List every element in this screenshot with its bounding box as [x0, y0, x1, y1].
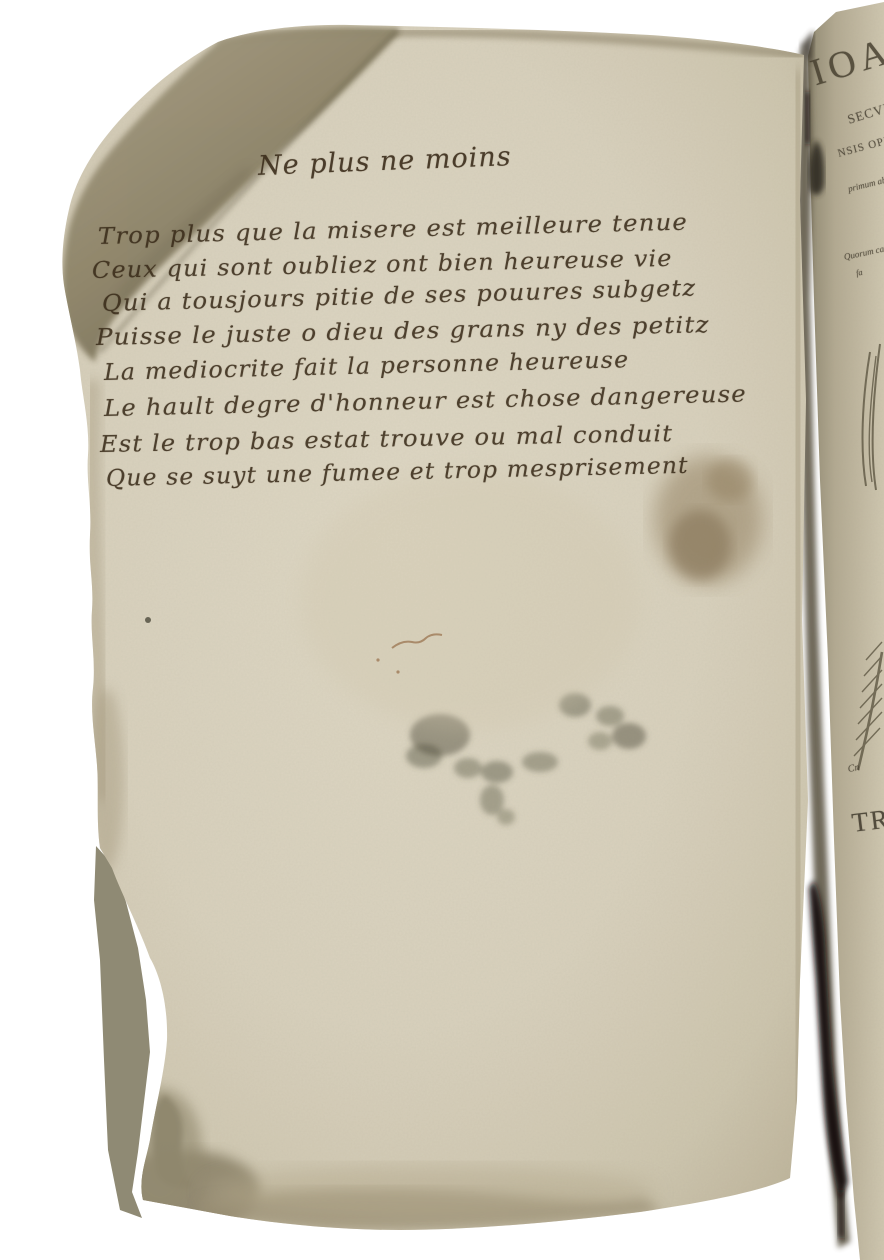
gutter-side-shading	[796, 70, 800, 1170]
paper-tone-variation	[300, 470, 640, 730]
ink-speck	[145, 617, 151, 623]
brown-smudge-stain	[654, 456, 762, 584]
photo-canvas: Ne plus ne moins Trop plus que la misere…	[0, 0, 884, 1260]
flyleaf-art	[0, 0, 884, 1260]
